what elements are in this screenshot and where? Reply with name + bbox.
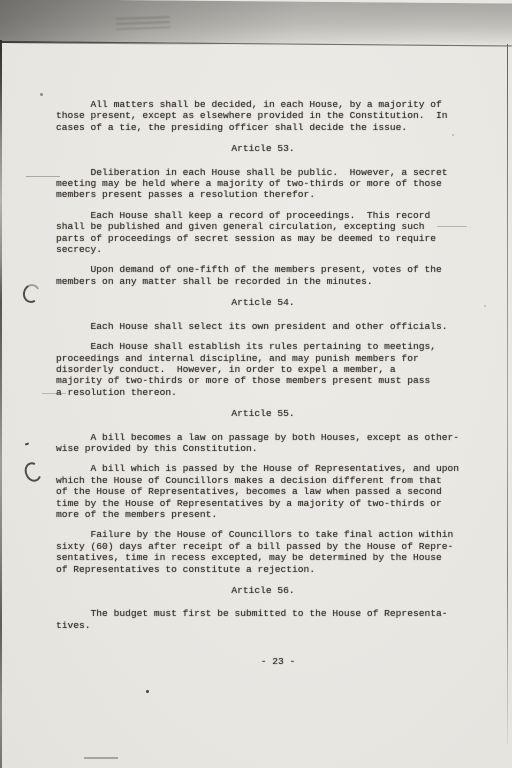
scan-shadow-band [0,0,512,46]
paragraph: Deliberation in each House shall be publ… [56,167,470,201]
paragraph: All matters shall be decided, in each Ho… [56,99,470,133]
paragraph: Each House shall keep a record of procee… [56,210,470,256]
paragraph: The budget must first be submitted to th… [56,608,470,631]
document-text: All matters shall be decided, in each Ho… [56,99,470,640]
ink-tick-mark [25,442,30,446]
binder-ring-mark-top [21,282,43,305]
paper-right-edge [507,44,509,744]
page-number: - 23 - [56,656,470,667]
paragraph: Upon demand of one-fifth of the members … [56,264,470,287]
binder-ring-mark-bottom [22,460,44,485]
paragraph: Each House shall select its own presiden… [56,321,470,332]
ink-speck [40,93,43,96]
scanned-document-page: All matters shall be decided, in each Ho… [0,0,512,768]
paper-left-edge [0,40,2,768]
faded-stamp-mark [116,16,170,33]
paragraph: A bill which is passed by the House of R… [56,463,470,520]
article-heading: Article 56. [56,585,470,596]
article-heading: Article 53. [56,143,470,154]
ink-speck [484,305,486,307]
article-heading: Article 55. [56,408,470,419]
stray-dash-mark [84,757,118,759]
paragraph: Failure by the House of Councillors to t… [56,529,470,575]
article-heading: Article 54. [56,297,470,308]
paragraph: A bill becomes a law on passage by both … [56,432,470,455]
stray-dash-mark [26,176,60,177]
ink-speck [146,690,149,693]
paragraph: Each House shall establish its rules per… [56,341,470,398]
